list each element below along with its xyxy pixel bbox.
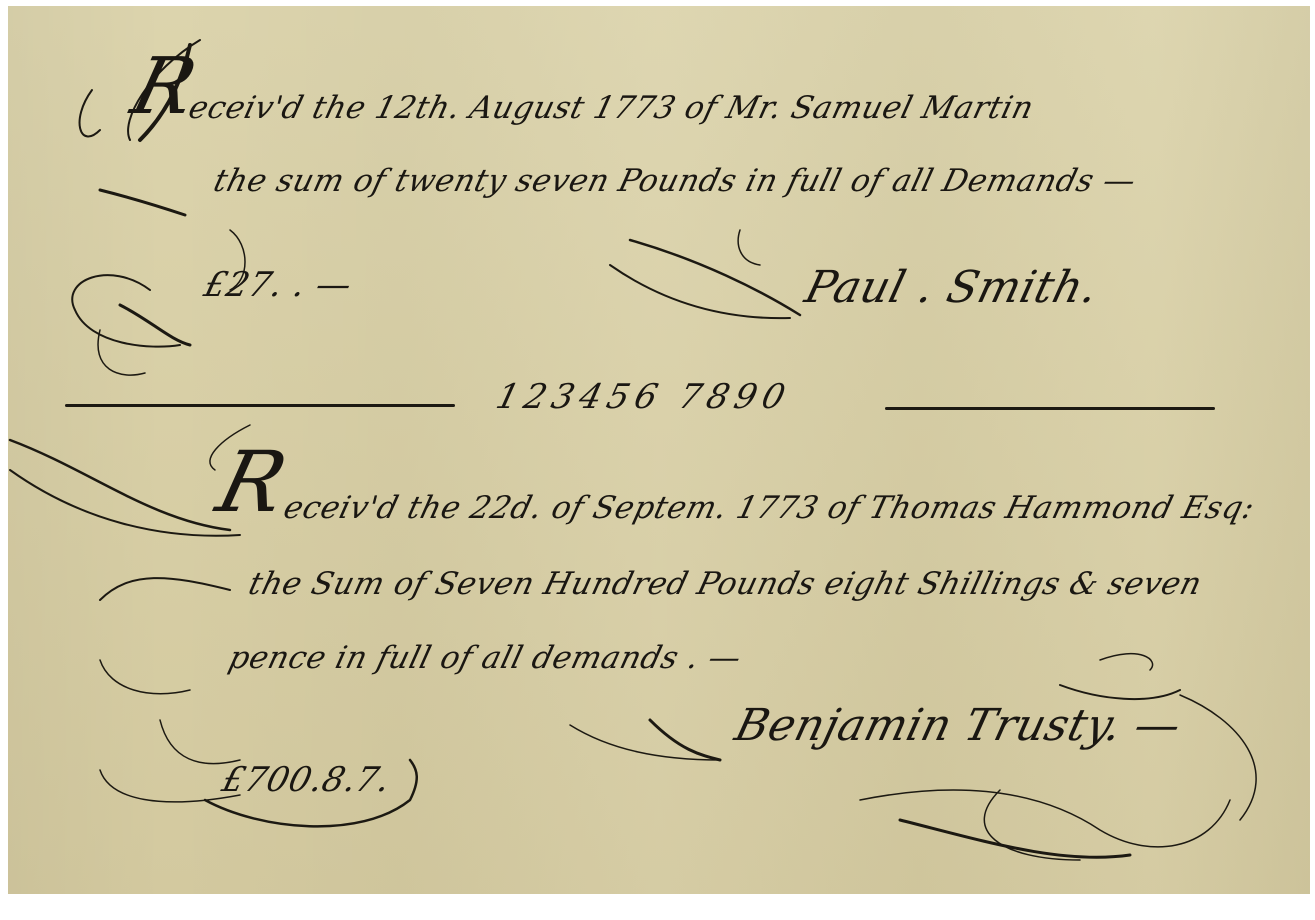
divider-right: [885, 407, 1215, 410]
receipt-2-signature: Benjamin Trusty. —: [730, 700, 1186, 751]
receipt-1-line-2: the sum of twenty seven Pounds in full o…: [210, 163, 1140, 199]
divider-left: [65, 404, 455, 407]
numerals-specimen: 123456 7890: [492, 377, 795, 417]
receipt-2-line-1: eceiv'd the 22d. of Septem. 1773 of Thom…: [280, 490, 1258, 526]
receipt-2-line-3: pence in full of all demands . —: [225, 640, 745, 676]
receipt-1-line-1: eceiv'd the 12th. August 1773 of Mr. Sam…: [185, 90, 1037, 126]
parchment-page: [8, 6, 1310, 894]
receipt-2-line-2: the Sum of Seven Hundred Pounds eight Sh…: [245, 566, 1206, 602]
receipt-2-amount: £700.8.7.: [218, 760, 395, 800]
receipt-1-signature: Paul . Smith.: [800, 262, 1103, 313]
receipt-1-amount: £27. . —: [200, 265, 356, 305]
signature-name: aul . Smith.: [828, 262, 1103, 313]
